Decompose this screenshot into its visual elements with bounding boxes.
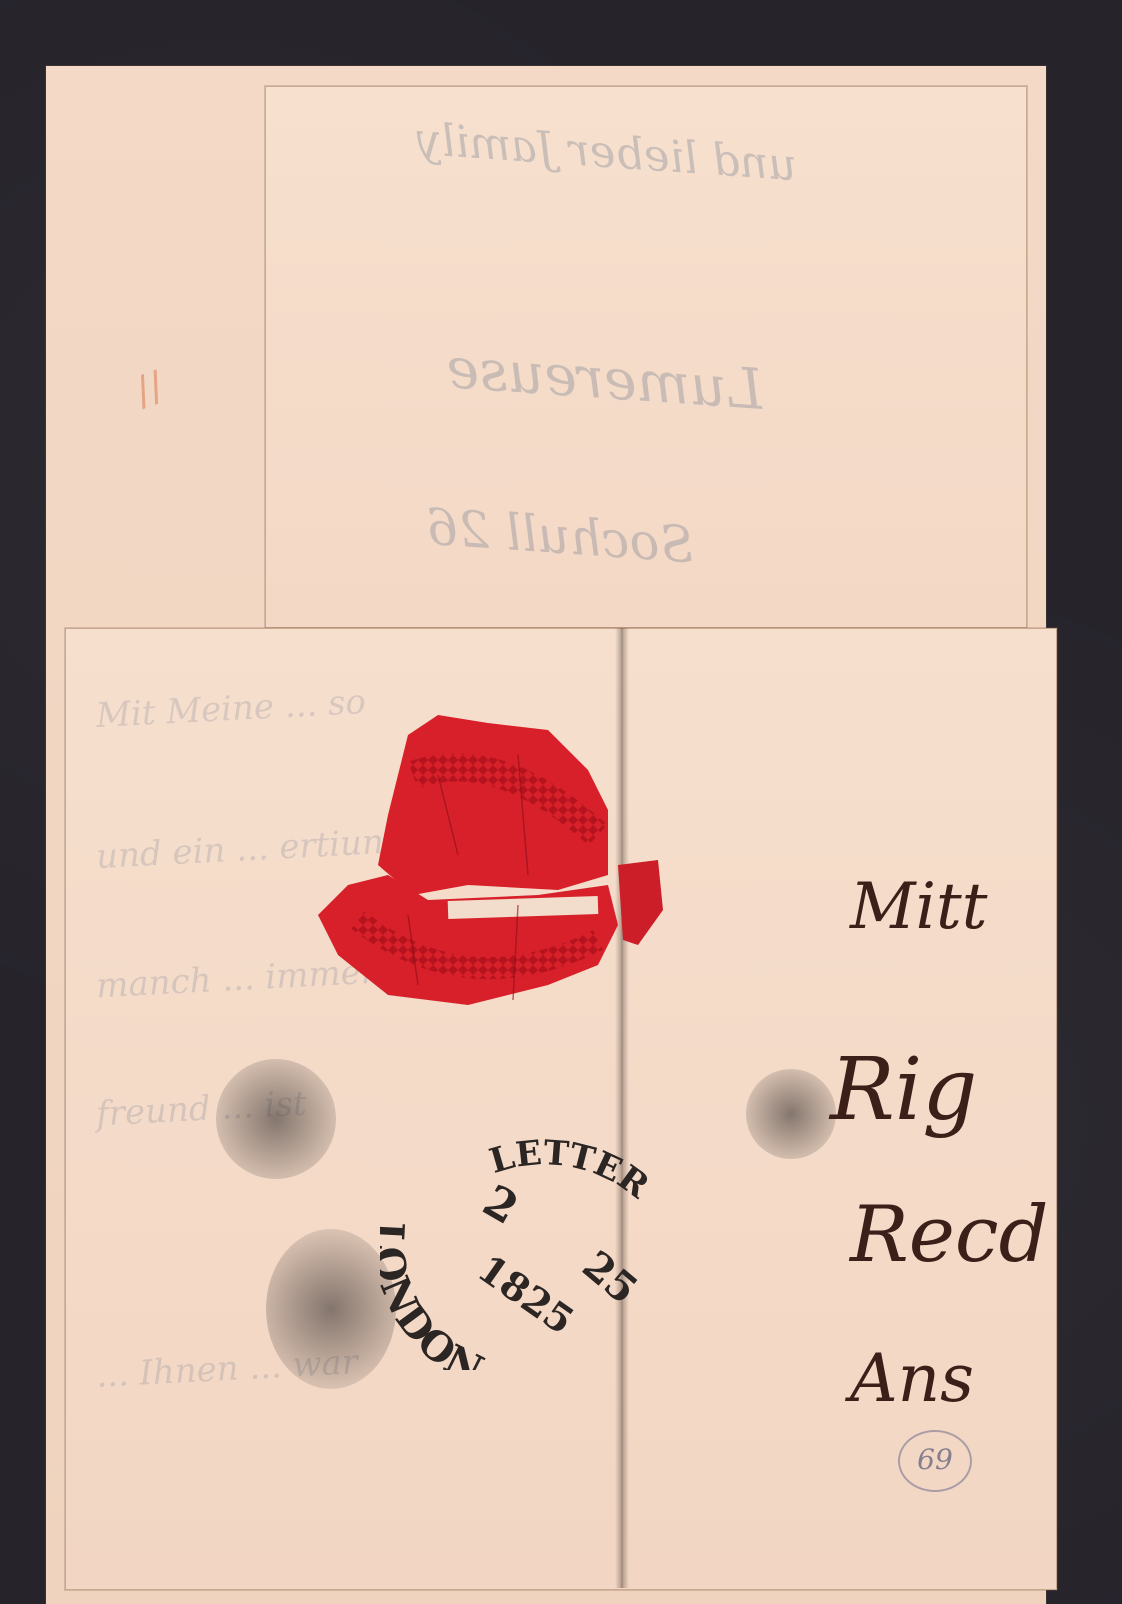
- address-line-3: Recd: [850, 1190, 1049, 1280]
- bleed-through-text: Lumereuse: [444, 336, 765, 423]
- address-line-4: Ans: [850, 1340, 974, 1417]
- bleed-through-text: Sochull 26: [424, 498, 696, 575]
- letter-upper-flap: und lieber Jamily Lumereuse Sochull 26: [265, 86, 1027, 628]
- postmark-date: 25: [574, 1242, 647, 1314]
- address-line-2: Rig: [830, 1040, 977, 1140]
- address-line-1: Mitt: [850, 870, 987, 944]
- red-wax-seal: [318, 715, 663, 1015]
- london-postmark: LETTER LONDON 2 25 1825: [380, 1040, 700, 1370]
- ink-smudge: [266, 1229, 396, 1389]
- red-crayon-mark: //: [129, 363, 170, 415]
- postmark-year: 1825: [470, 1246, 582, 1344]
- ink-smudge: [746, 1069, 836, 1159]
- pencil-circled-number: 69: [898, 1430, 972, 1492]
- postmark-day: 2: [475, 1175, 527, 1234]
- postmark-city: LONDON: [380, 1221, 491, 1370]
- bleed-through-text: und lieber Jamily: [415, 114, 798, 191]
- ink-smudge: [216, 1059, 336, 1179]
